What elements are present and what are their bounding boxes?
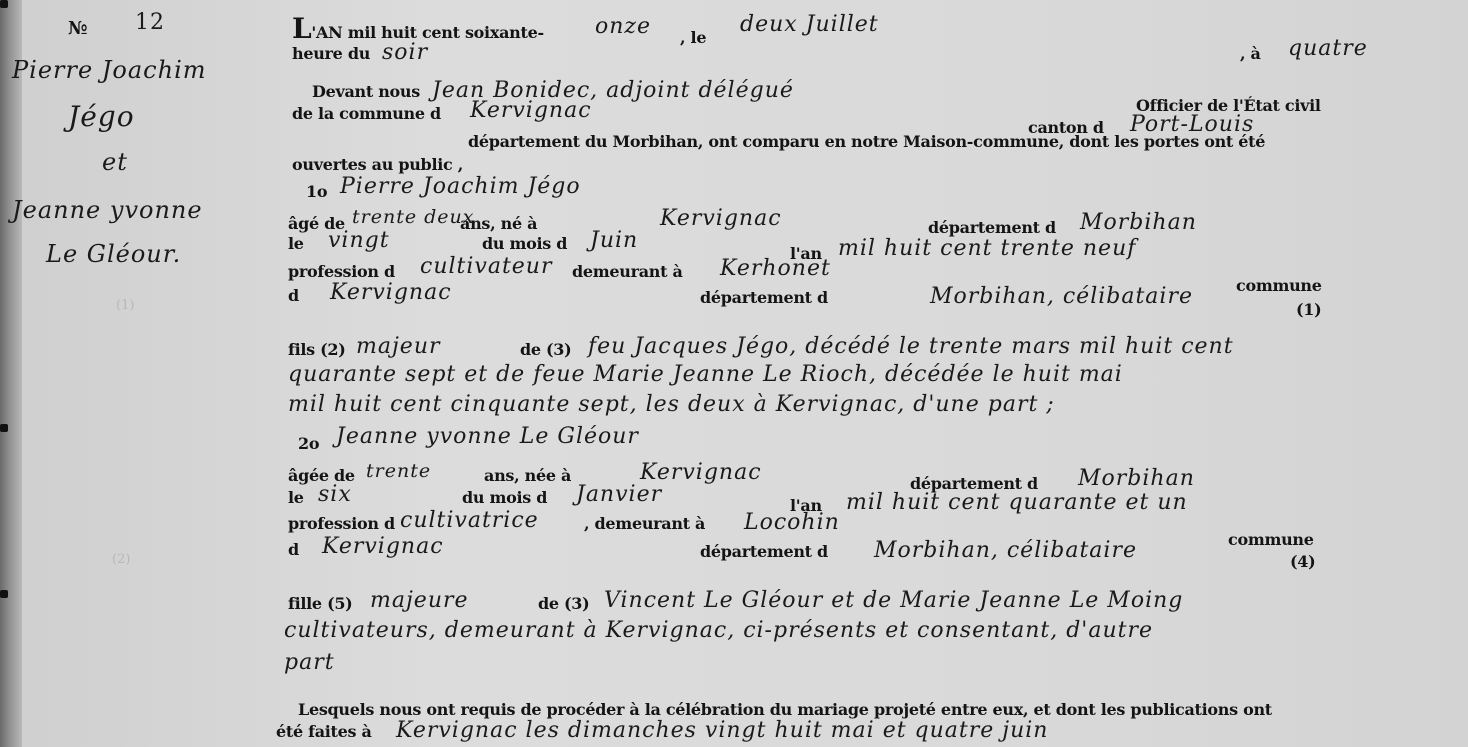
faites-label: été faites à <box>276 722 372 741</box>
groom-dept-handwritten: Morbihan <box>1080 210 1197 235</box>
groom-residence-handwritten: Kerhonet <box>720 256 831 281</box>
lesquels-line: Lesquels nous ont requis de procéder à l… <box>298 700 1272 719</box>
bride-residence-handwritten: Locohin <box>744 510 840 535</box>
department-line: département du Morbihan, ont comparu en … <box>468 132 1265 151</box>
record-number: 12 <box>135 10 165 35</box>
year-handwritten: onze <box>595 14 651 39</box>
a-label: , à <box>1240 44 1261 63</box>
groom-commune-handwritten: Kervignac <box>330 280 452 305</box>
page-binding <box>0 0 22 747</box>
margin-bride-name: Jeanne yvonne <box>12 196 203 224</box>
bride-de-label: de (3) <box>538 594 589 613</box>
groom-name-handwritten: Pierre Joachim Jégo <box>340 174 581 199</box>
margin-groom-surname: Jégo <box>68 100 135 133</box>
bride-born-label: ans, née à <box>484 466 571 485</box>
bride-commune-handwritten: Kervignac <box>322 534 444 559</box>
binding-hole <box>0 590 8 598</box>
groom-age-handwritten: trente deux <box>352 206 474 228</box>
groom-dept2-label: département d <box>700 288 828 307</box>
groom-de-label: de (3) <box>520 340 571 359</box>
fils-label: fils (2) <box>288 340 346 359</box>
bride-le-label: le <box>288 488 304 507</box>
bride-note: (4) <box>1290 552 1315 571</box>
groom-status-handwritten: majeur <box>356 334 441 359</box>
bride-number: 2o <box>298 434 319 453</box>
groom-born-label: ans, né à <box>460 214 537 233</box>
groom-parents-line1: feu Jacques Jégo, décédé le trente mars … <box>588 334 1234 359</box>
groom-profession-handwritten: cultivateur <box>420 254 553 279</box>
date-handwritten: deux Juillet <box>740 12 879 37</box>
groom-birthplace-handwritten: Kervignac <box>660 206 782 231</box>
bride-profession-label: profession d <box>288 514 395 533</box>
bride-parents-line3: part <box>284 650 335 675</box>
heure-label: heure du <box>292 44 370 63</box>
binding-hole <box>0 0 8 8</box>
bride-year-handwritten: mil huit cent quarante et un <box>846 490 1188 515</box>
groom-month-label: du mois d <box>482 234 567 253</box>
fille-label: fille (5) <box>288 594 352 613</box>
groom-profession-label: profession d <box>288 262 395 281</box>
margin-note-1: (1) <box>116 298 134 313</box>
groom-le-label: le <box>288 234 304 253</box>
ouvertes-line: ouvertes au public , <box>292 155 463 174</box>
bride-dept2-handwritten: Morbihan, célibataire <box>874 538 1137 563</box>
bride-month-handwritten: Janvier <box>576 482 662 507</box>
groom-dept-label: département d <box>928 218 1056 237</box>
groom-note: (1) <box>1296 300 1321 319</box>
bride-name-handwritten: Jeanne yvonne Le Gléour <box>336 424 639 449</box>
groom-commune-label: commune <box>1236 276 1322 295</box>
bride-profession-handwritten: cultivatrice <box>400 508 539 533</box>
bride-parents-line1: Vincent Le Gléour et de Marie Jeanne Le … <box>604 588 1183 613</box>
bride-d-label: d <box>288 540 299 559</box>
faites-handwritten: Kervignac les dimanches vingt huit mai e… <box>396 718 1048 743</box>
groom-dept2-handwritten: Morbihan, célibataire <box>930 284 1193 309</box>
commune-label: de la commune d <box>292 104 441 123</box>
binding-hole <box>0 424 8 432</box>
bride-parents-line2: cultivateurs, demeurant à Kervignac, ci-… <box>284 618 1153 643</box>
register-page: № 12 Pierre Joachim Jégo et Jeanne yvonn… <box>0 0 1468 747</box>
groom-number: 1o <box>306 182 327 201</box>
groom-d-label: d <box>288 286 299 305</box>
heure-handwritten: soir <box>382 40 428 65</box>
le-label: , le <box>680 28 706 47</box>
bride-age-handwritten: trente <box>366 460 431 482</box>
bride-dept-handwritten: Morbihan <box>1078 466 1195 491</box>
margin-note-2: (2) <box>112 552 130 567</box>
devant-label: Devant nous <box>312 82 420 101</box>
groom-month-handwritten: Juin <box>590 228 638 253</box>
groom-year-handwritten: mil huit cent trente neuf <box>838 236 1136 261</box>
margin-bride-surname: Le Gléour. <box>46 240 181 268</box>
bride-residence-label: , demeurant à <box>584 514 705 533</box>
groom-day-handwritten: vingt <box>328 228 390 253</box>
margin-groom-name: Pierre Joachim <box>12 56 207 84</box>
groom-parents-line3: mil huit cent cinquante sept, les deux à… <box>288 392 1055 417</box>
bride-month-label: du mois d <box>462 488 547 507</box>
bride-day-handwritten: six <box>318 482 352 507</box>
groom-parents-line2: quarante sept et de feue Marie Jeanne Le… <box>288 362 1123 387</box>
margin-conjunction: et <box>102 148 128 176</box>
groom-residence-label: demeurant à <box>572 262 683 281</box>
bride-commune-label: commune <box>1228 530 1314 549</box>
bride-dept2-label: département d <box>700 542 828 561</box>
bride-status-handwritten: majeure <box>370 588 469 613</box>
record-number-label: № <box>68 18 87 39</box>
hour-handwritten: quatre <box>1288 36 1368 61</box>
commune-handwritten: Kervignac <box>470 98 592 123</box>
